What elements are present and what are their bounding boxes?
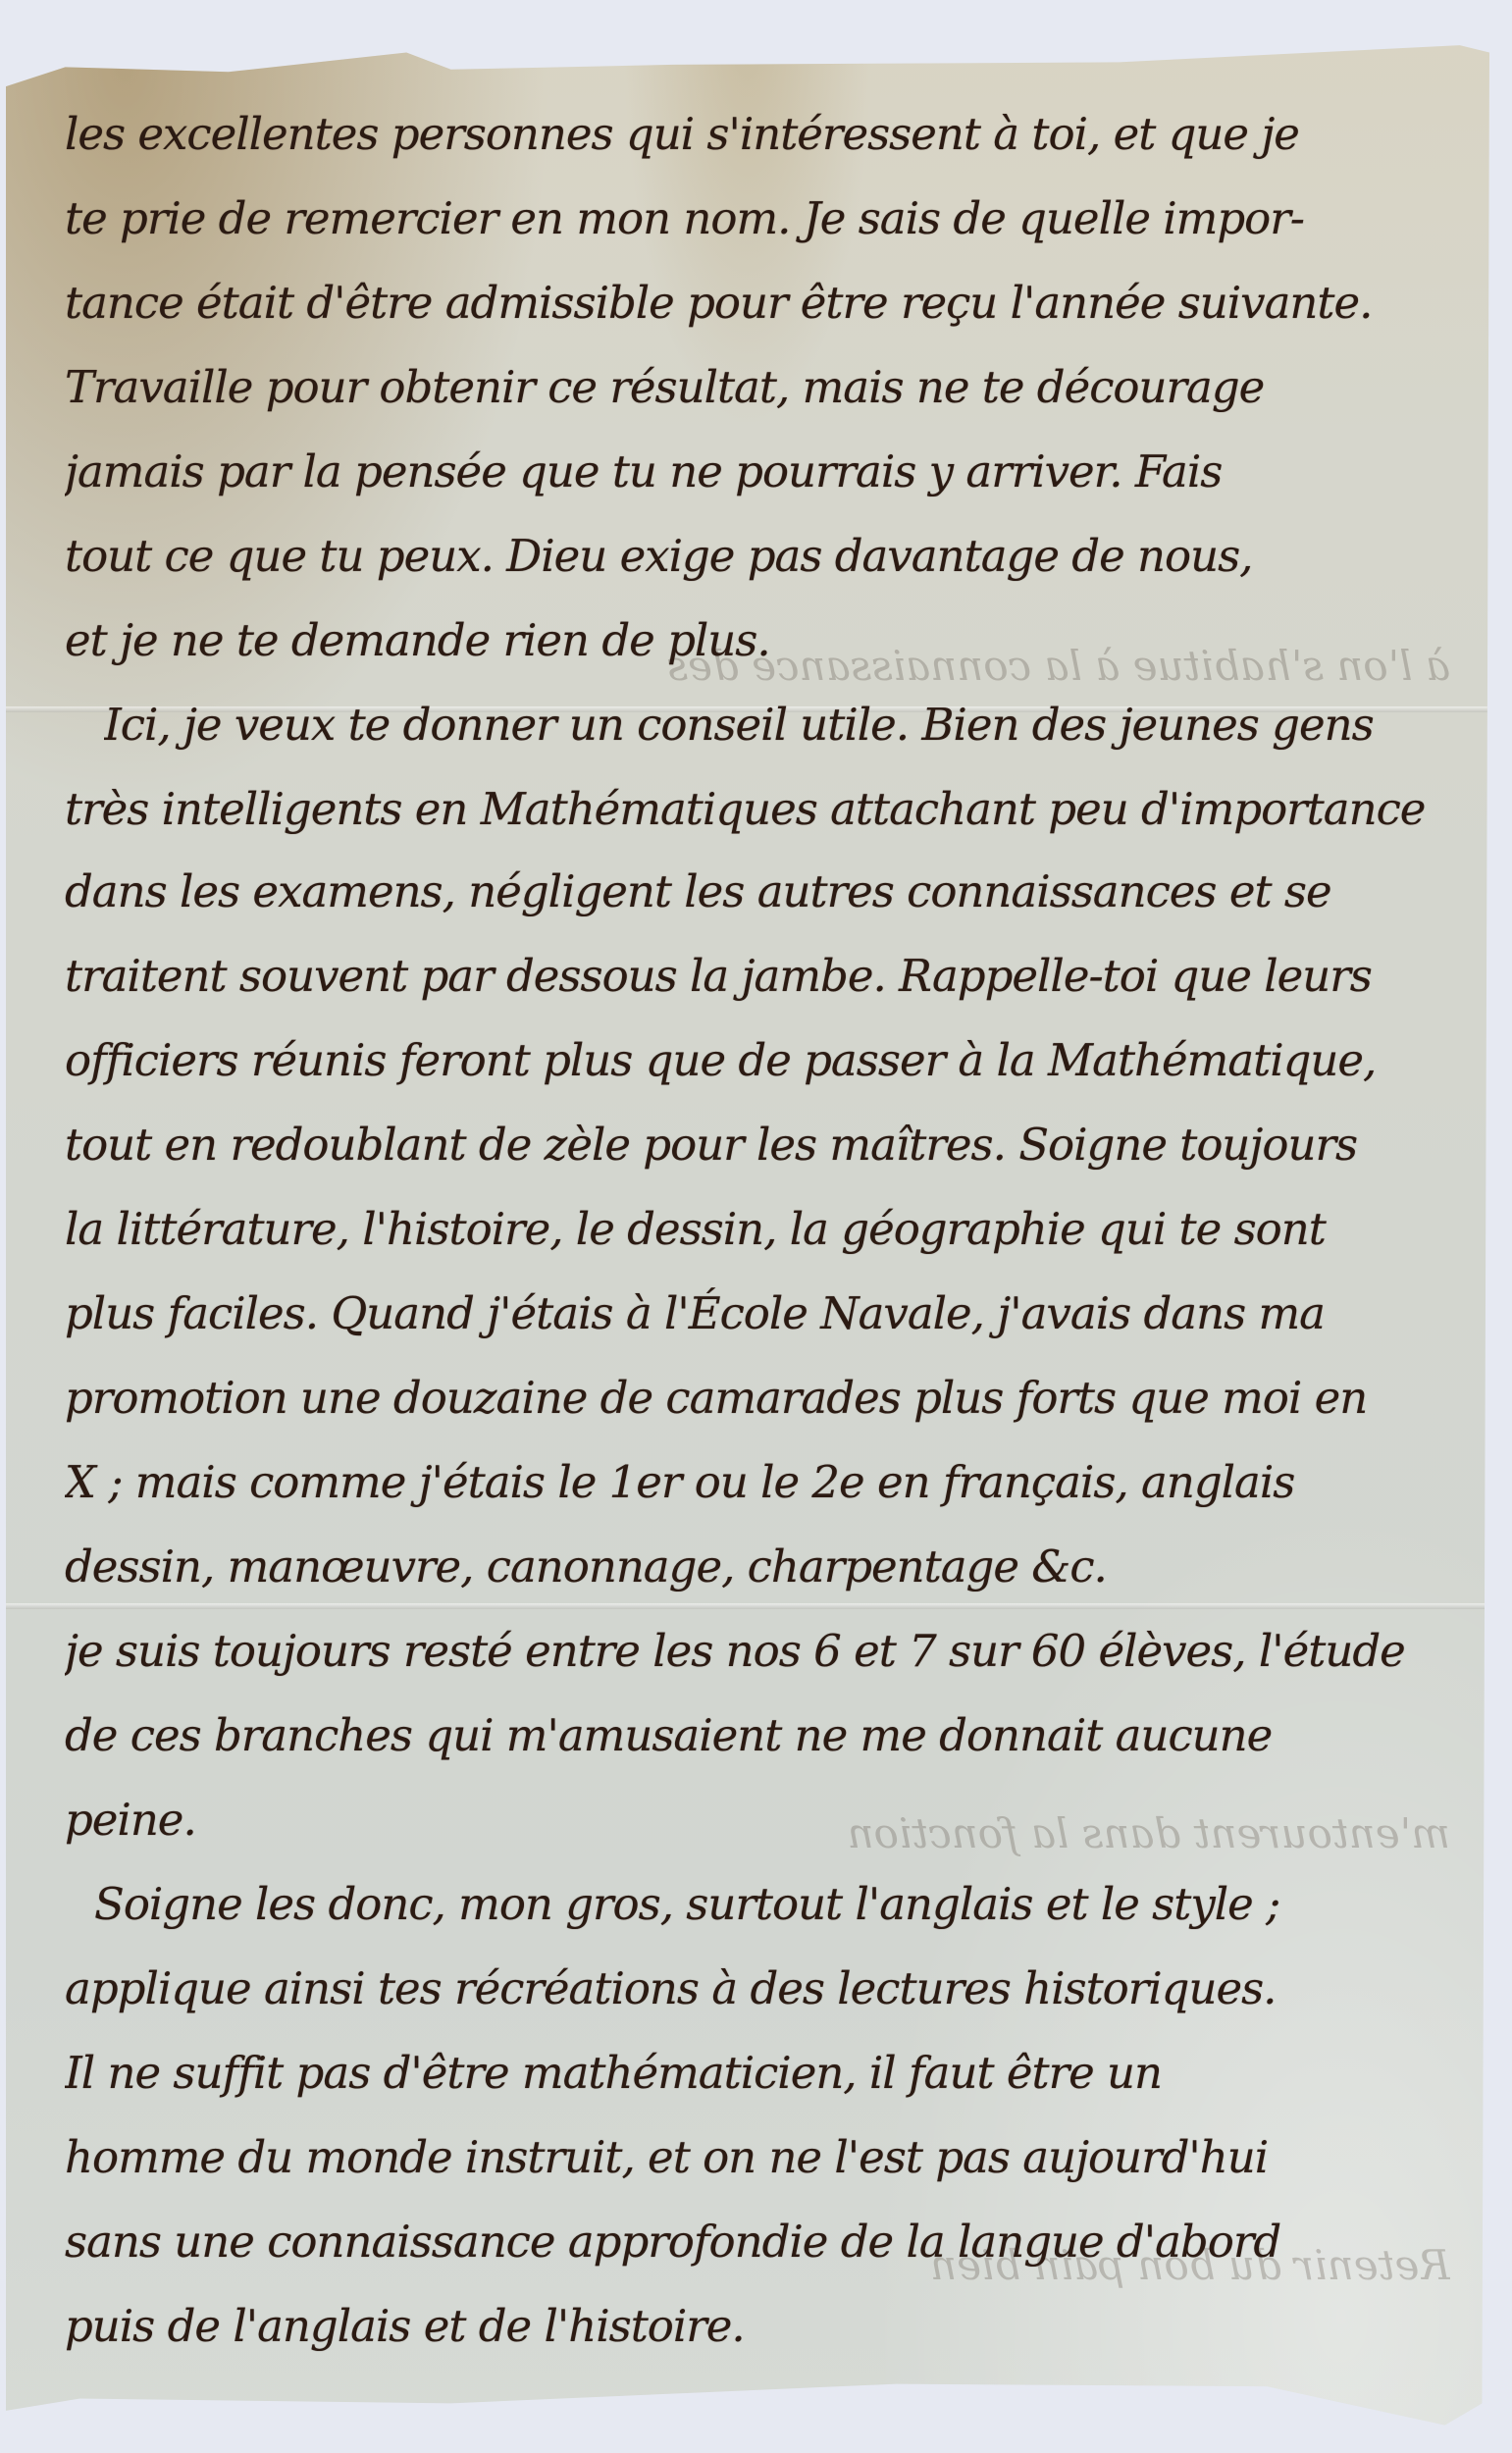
- letter-line: je suis toujours resté entre les nos 6 e…: [65, 1625, 1450, 1677]
- letter-line: dans les examens, négligent les autres c…: [65, 865, 1450, 917]
- letter-line: te prie de remercier en mon nom. Je sais…: [65, 192, 1450, 244]
- letter-line: tance était d'être admissible pour être …: [65, 277, 1450, 329]
- letter-line: très intelligents en Mathématiques attac…: [65, 783, 1450, 835]
- letter-line: applique ainsi tes récréations à des lec…: [65, 1962, 1450, 2014]
- letter-line: et je ne te demande rien de plus.: [65, 614, 1450, 666]
- letter-line: peine.: [65, 1794, 1450, 1846]
- letter-line: X ; mais comme j'étais le 1er ou le 2e e…: [65, 1456, 1450, 1508]
- letter-line: Travaille pour obtenir ce résultat, mais…: [65, 361, 1450, 413]
- letter-body: les excellentes personnes qui s'intéress…: [6, 14, 1489, 2437]
- letter-line: jamais par la pensée que tu ne pourrais …: [65, 445, 1450, 497]
- letter-line-paragraph-start: Soigne les donc, mon gros, surtout l'ang…: [94, 1878, 1450, 1930]
- letter-line: la littérature, l'histoire, le dessin, l…: [65, 1203, 1450, 1255]
- letter-line: officiers réunis feront plus que de pass…: [65, 1034, 1450, 1086]
- letter-line: dessin, manœuvre, canonnage, charpentage…: [65, 1540, 1450, 1592]
- letter-line: tout en redoublant de zèle pour les maît…: [65, 1119, 1450, 1171]
- letter-sheet: à l'on s'habitue à la connaissance des m…: [6, 14, 1489, 2437]
- letter-line: promotion une douzaine de camarades plus…: [65, 1372, 1450, 1424]
- letter-line: homme du monde instruit, et on ne l'est …: [65, 2131, 1450, 2183]
- letter-line: plus faciles. Quand j'étais à l'École Na…: [65, 1287, 1450, 1339]
- letter-line: traitent souvent par dessous la jambe. R…: [65, 950, 1450, 1002]
- letter-line: de ces branches qui m'amusaient ne me do…: [65, 1709, 1450, 1761]
- letter-line: les excellentes personnes qui s'intéress…: [65, 108, 1450, 160]
- letter-line: puis de l'anglais et de l'histoire.: [65, 2300, 1450, 2352]
- letter-line: sans une connaissance approfondie de la …: [65, 2216, 1450, 2268]
- letter-line: Il ne suffit pas d'être mathématicien, i…: [65, 2047, 1450, 2099]
- letter-line: tout ce que tu peux. Dieu exige pas dava…: [65, 530, 1450, 582]
- letter-line-paragraph-start: Ici, je veux te donner un conseil utile.…: [104, 699, 1450, 751]
